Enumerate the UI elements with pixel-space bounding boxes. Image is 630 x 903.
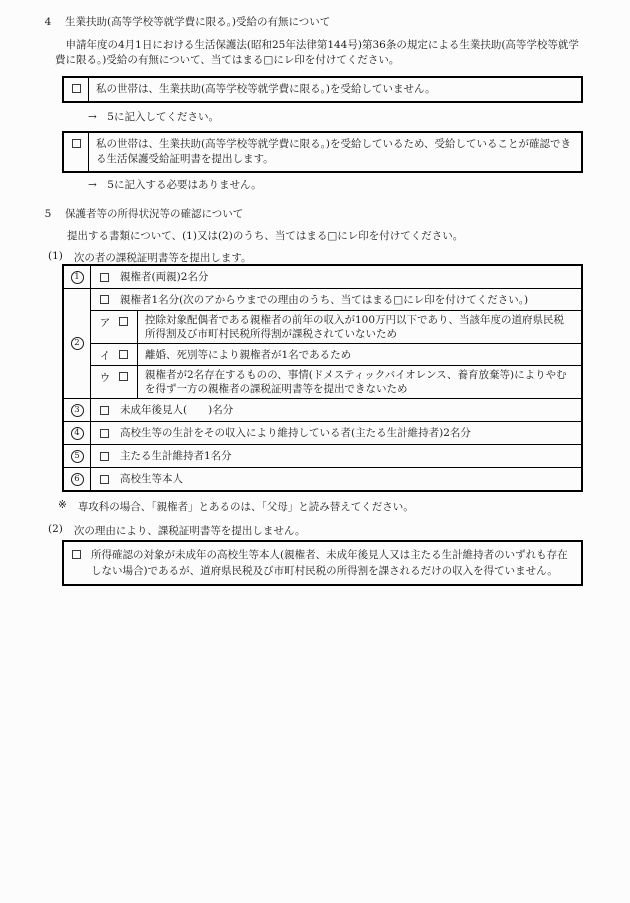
no-tax-certificate-checkbox[interactable] [72, 550, 81, 559]
option-box-receiving: 私の世帯は、生業扶助(高等学校等就学費に限る。)を受給しているため、受給している… [62, 131, 583, 173]
circled-number-3: 3 [71, 404, 84, 417]
circled-number-6: 6 [71, 473, 84, 486]
option-box-no-tax-certificate: 所得確認の対象が未成年の高校生等本人(親権者、未成年後見人又は主たる生計維持者の… [62, 540, 583, 586]
section5-number: 5 [44, 208, 52, 220]
part2-label: (2) [48, 523, 63, 538]
table-footnote: ※ 専攻科の場合、「親権者」とあるのは、「父母」と読み替えてください。 [58, 499, 588, 514]
row3-label: 未成年後見人( )名分 [120, 403, 233, 417]
sub-letter-cell: ウ [91, 366, 138, 398]
row2-label: 親権者1名分(次のアからウまでの理由のうち、当てはまる□にレ印を付けてください。… [120, 293, 528, 307]
row5-label: 主たる生計維持者1名分 [120, 449, 232, 463]
not-receiving-checkbox[interactable] [72, 84, 81, 93]
row6-checkbox[interactable] [100, 475, 109, 484]
row6-label: 高校生等本人 [120, 472, 183, 486]
row-number-cell: 1 [64, 266, 91, 288]
option-text: 私の世帯は、生業扶助(高等学校等就学費に限る。)を受給しているため、受給している… [89, 133, 581, 171]
section4-intro-paragraph: 申請年度の4月1日における生活保護法(昭和25年法律第144号)第36条の規定に… [55, 38, 587, 68]
part2-heading: (2) 次の理由により、課税証明書等を提出しません。 [48, 523, 306, 538]
row-content: 未成年後見人( )名分 [91, 399, 581, 421]
sub-option-u: ウ 親権者が2名存在するものの、事情(ドメスティックバイオレンス、養育放棄等)に… [91, 366, 581, 398]
part1-label: (1) [48, 250, 63, 265]
checkbox-cell [64, 133, 89, 171]
section5-heading: 5 保護者等の所得状況等の確認について [44, 206, 584, 221]
row4-label: 高校生等の生計をその収入により維持している者(主たる生計維持者)2名分 [120, 426, 471, 440]
section4-heading: 4 生業扶助(高等学校等就学費に限る。)受給の有無について [44, 14, 584, 29]
section5-title: 保護者等の所得状況等の確認について [65, 206, 243, 221]
part1-heading-text: 次の者の課税証明書等を提出します。 [74, 250, 252, 265]
footnote-text: 専攻科の場合、「親権者」とあるのは、「父母」と読み替えてください。 [78, 499, 414, 514]
option-text: 所得確認の対象が未成年の高校生等本人(親権者、未成年後見人又は主たる生計維持者の… [91, 547, 573, 579]
sub-option-i: イ 離婚、死別等により親権者が1名であるため [91, 344, 581, 366]
row3-checkbox[interactable] [100, 406, 109, 415]
row-number-cell: 3 [64, 399, 91, 421]
circled-number-2: 2 [71, 337, 84, 350]
row5-checkbox[interactable] [100, 452, 109, 461]
circled-number-1: 1 [71, 271, 84, 284]
row4-checkbox[interactable] [100, 429, 109, 438]
part2-heading-text: 次の理由により、課税証明書等を提出しません。 [74, 523, 306, 538]
sub-a-text: 控除対象配偶者である親権者の前年の収入が100万円以下であり、当該年度の道府県民… [138, 311, 581, 343]
sub-i-checkbox[interactable] [119, 350, 128, 359]
row-number-cell: 5 [64, 445, 91, 467]
section5-intro: 提出する書類について、(1)又は(2)のうち、当てはまる□にレ印を付けてください… [67, 229, 592, 243]
section4-title: 生業扶助(高等学校等就学費に限る。)受給の有無について [65, 14, 330, 29]
sub-a-checkbox[interactable] [119, 317, 128, 326]
row-content: 高校生等本人 [91, 468, 581, 490]
sub-a-letter: ア [100, 315, 111, 330]
arrow-instruction-no-need-5: → 5に記入する必要はありません。 [88, 178, 262, 192]
option-text: 私の世帯は、生業扶助(高等学校等就学費に限る。)を受給していません。 [89, 78, 581, 101]
sub-u-text: 親権者が2名存在するものの、事情(ドメスティックバイオレンス、養育放棄等)により… [138, 366, 581, 398]
arrow-instruction-fill-in-5: → 5に記入してください。 [88, 110, 219, 124]
checkbox-cell [64, 78, 89, 101]
row2-main-option: 親権者1名分(次のアからウまでの理由のうち、当てはまる□にレ印を付けてください。… [91, 289, 581, 311]
sub-u-letter: ウ [100, 370, 111, 385]
row-content: 主たる生計維持者1名分 [91, 445, 581, 467]
circled-number-5: 5 [71, 450, 84, 463]
table-row-4: 4 高校生等の生計をその収入により維持している者(主たる生計維持者)2名分 [64, 422, 581, 445]
row1-label: 親権者(両親)2名分 [120, 270, 208, 284]
sub-u-checkbox[interactable] [119, 372, 128, 381]
table-row-1: 1 親権者(両親)2名分 [64, 266, 581, 289]
row1-checkbox[interactable] [100, 273, 109, 282]
table-row-6: 6 高校生等本人 [64, 468, 581, 490]
form-document-page: 4 生業扶助(高等学校等就学費に限る。)受給の有無について 申請年度の4月1日に… [0, 0, 630, 903]
sub-letter-cell: ア [91, 311, 138, 343]
table-row-2: 2 親権者1名分(次のアからウまでの理由のうち、当てはまる□にレ印を付けてくださ… [64, 289, 581, 399]
part1-heading: (1) 次の者の課税証明書等を提出します。 [48, 250, 252, 265]
row-number-cell: 4 [64, 422, 91, 444]
row-content: 親権者(両親)2名分 [91, 266, 581, 288]
row-content: 高校生等の生計をその収入により維持している者(主たる生計維持者)2名分 [91, 422, 581, 444]
table-row-5: 5 主たる生計維持者1名分 [64, 445, 581, 468]
sub-i-letter: イ [100, 348, 111, 363]
table-row-3: 3 未成年後見人( )名分 [64, 399, 581, 422]
row2-checkbox[interactable] [100, 295, 109, 304]
circled-number-4: 4 [71, 427, 84, 440]
option-box-not-receiving: 私の世帯は、生業扶助(高等学校等就学費に限る。)を受給していません。 [62, 76, 583, 103]
row-number-cell: 2 [64, 289, 91, 398]
sub-option-a: ア 控除対象配偶者である親権者の前年の収入が100万円以下であり、当該年度の道府… [91, 311, 581, 344]
section4-number: 4 [44, 16, 52, 28]
tax-certificate-table: 1 親権者(両親)2名分 2 親権者1名分(次のアからウまでの理由のうち、当ては… [62, 264, 583, 492]
sub-i-text: 離婚、死別等により親権者が1名であるため [138, 344, 581, 365]
footnote-marker: ※ [58, 499, 67, 514]
row2-content: 親権者1名分(次のアからウまでの理由のうち、当てはまる□にレ印を付けてください。… [91, 289, 581, 398]
sub-letter-cell: イ [91, 344, 138, 365]
row-number-cell: 6 [64, 468, 91, 490]
receiving-checkbox[interactable] [72, 139, 81, 148]
